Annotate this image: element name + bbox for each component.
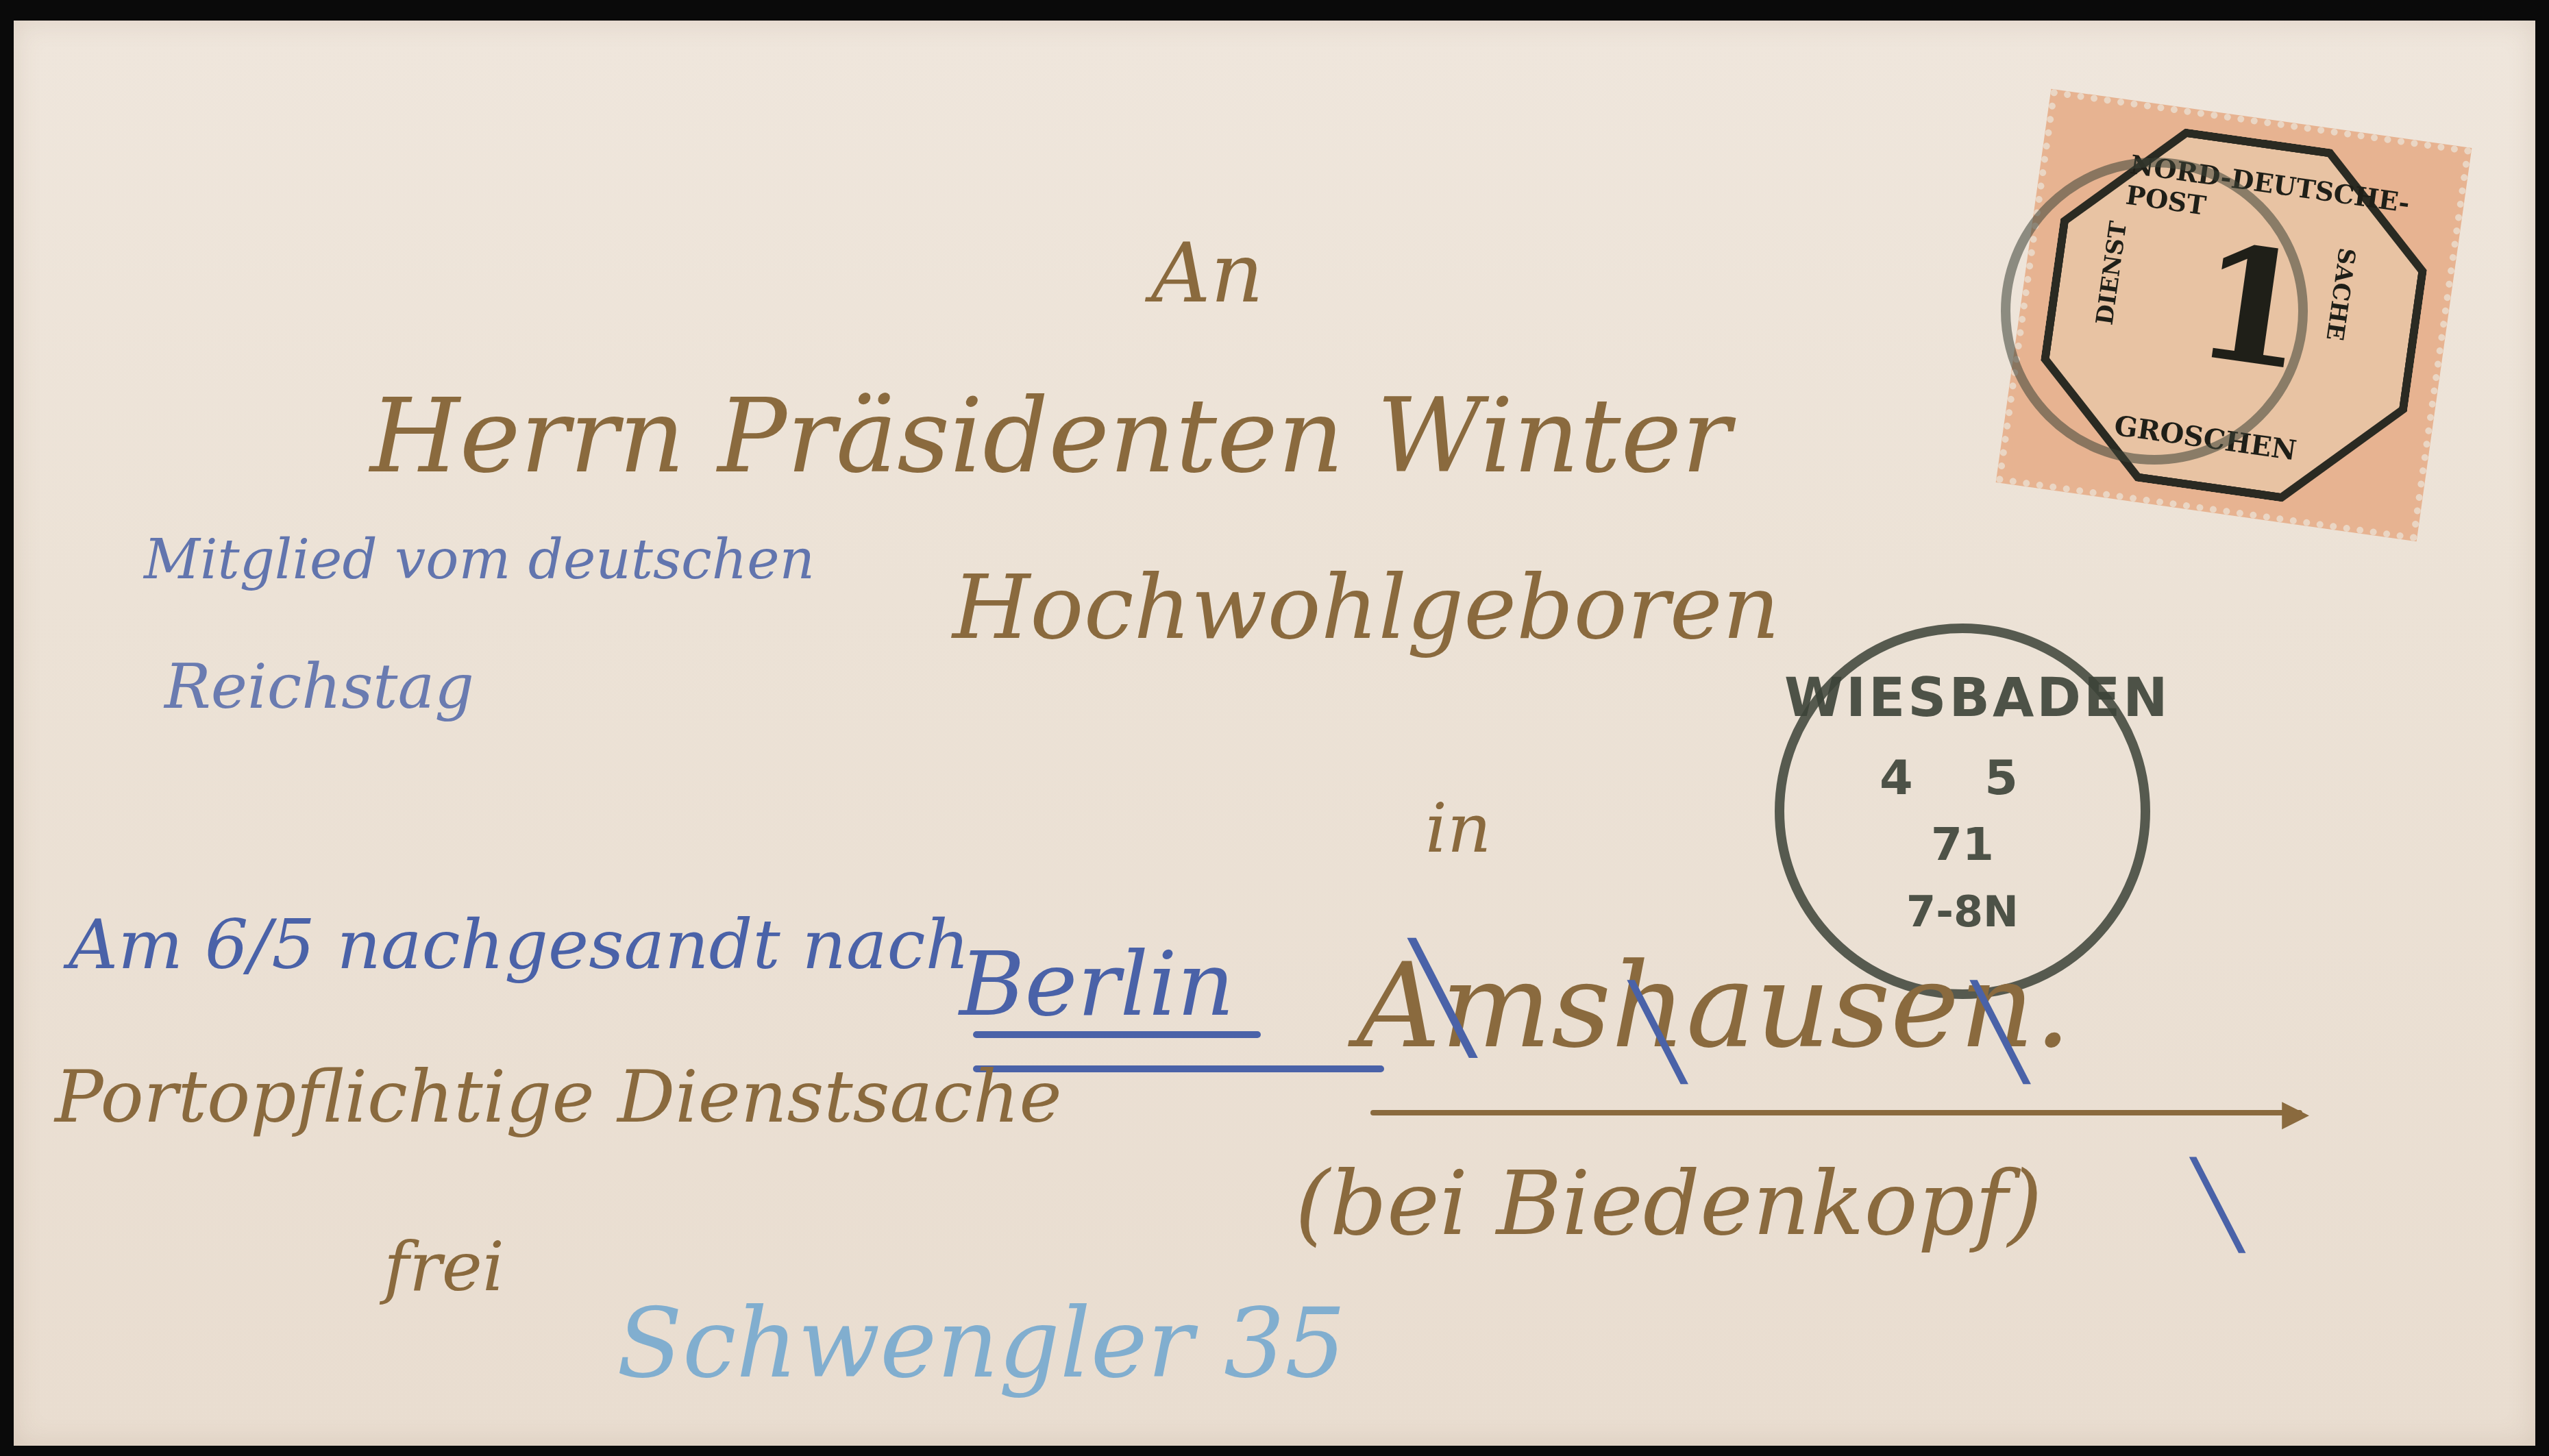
- arrow-head-icon: ▸: [2282, 1079, 2309, 1143]
- address-an: An: [1151, 226, 1264, 321]
- annotation-dienstsache: Portopflichtige Dienstsache: [55, 1055, 1062, 1139]
- envelope: NORD-DEUTSCHE-POST DIENST SACHE 1 GROSCH…: [14, 21, 2535, 1446]
- redirect-arrow-line: [1370, 1110, 2302, 1115]
- postmark-town: WIESBADEN: [1784, 667, 2141, 729]
- annotation-signature: Schwengler 35: [617, 1288, 1346, 1400]
- stamp-cancel-mark: [2001, 158, 2308, 465]
- annotation-member: Mitglied vom deutschen: [144, 528, 815, 591]
- postmark-date: 4 5: [1784, 750, 2141, 806]
- postmark-year: 71: [1784, 818, 2141, 871]
- annotation-frei: frei: [384, 1226, 504, 1307]
- annotation-forwarded: Am 6/5 nachgesandt nach: [69, 904, 970, 985]
- berlin-underline-1: [973, 1031, 1261, 1038]
- postmark-time: 7-8N: [1784, 887, 2141, 937]
- strike-mark: ╲: [1631, 980, 1684, 1084]
- strike-mark: ╲: [1973, 980, 2027, 1084]
- address-honorific: Hochwohlgeboren: [952, 555, 1780, 659]
- annotation-reichstag: Reichstag: [164, 651, 474, 723]
- strike-mark: ╲: [1412, 939, 1473, 1058]
- address-recipient: Herrn Präsidenten Winter: [370, 377, 1731, 496]
- strike-mark: ╲: [2193, 1158, 2242, 1253]
- annotation-berlin: Berlin: [959, 932, 1235, 1036]
- address-in: in: [1425, 788, 1491, 868]
- address-district: (bei Biedenkopf): [1295, 1151, 2043, 1255]
